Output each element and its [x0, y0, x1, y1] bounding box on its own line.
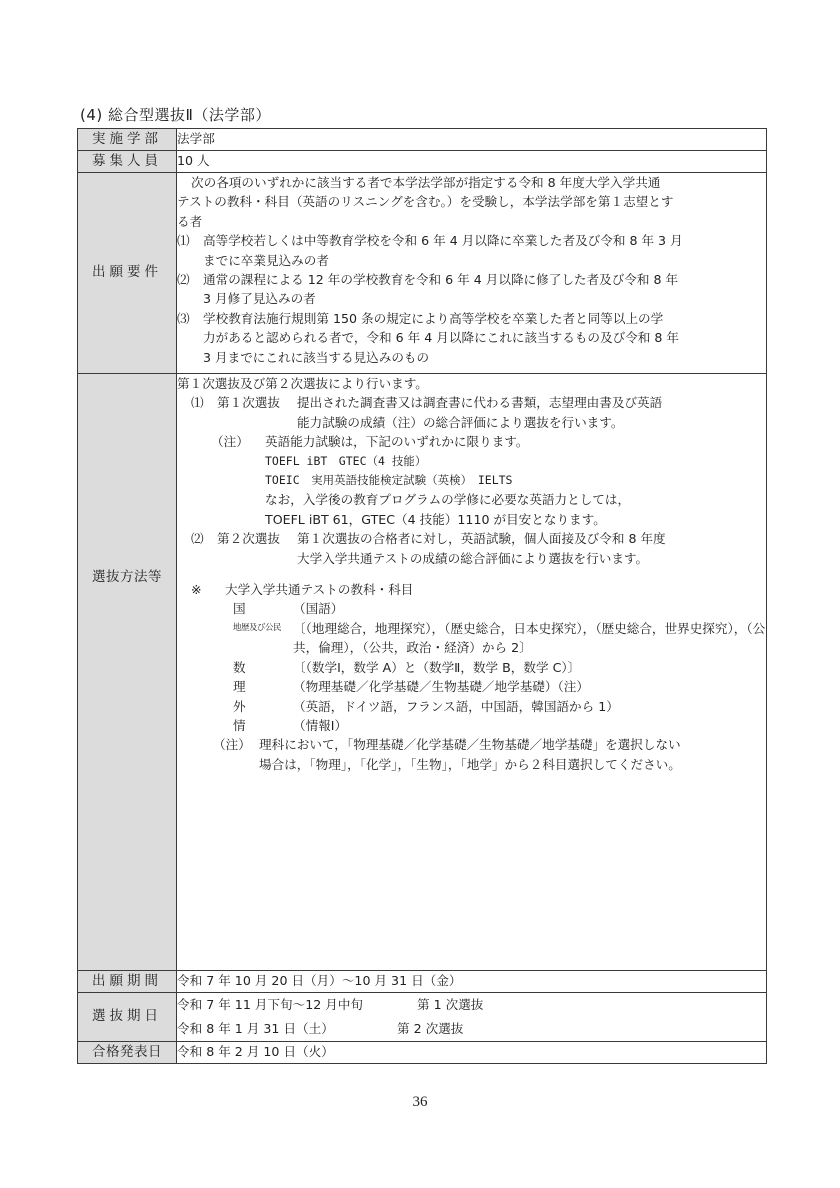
- subject-value: （英語，ドイツ語，フランス語，中国語，韓国語から 1）: [293, 697, 619, 716]
- common-test-title: 大学入学共通テストの教科・科目: [225, 580, 413, 599]
- first-selection-number: ⑴: [191, 393, 217, 432]
- subject-row: 国 （国語）: [177, 599, 766, 618]
- note-line: なお，入学後の教育プログラムの学修に必要な英語力としては，: [265, 490, 630, 509]
- note-mark: （注）: [213, 735, 259, 774]
- exam-dates-label: 選抜期日: [78, 993, 177, 1042]
- common-test-heading: ※ 大学入学共通テストの教科・科目: [177, 580, 766, 599]
- exam-date: 令和 7 年 11 月下旬～12 月中旬: [177, 993, 417, 1017]
- exam-stage: 第 2 次選抜: [397, 1017, 463, 1041]
- row-announcement: 合格発表日 令和 8 年 2 月 10 日（火）: [78, 1042, 767, 1064]
- period-value: 令和 7 年 10 月 20 日（月）～10 月 31 日（金）: [177, 971, 767, 993]
- faculty-value: 法学部: [177, 129, 767, 151]
- exam-dates-value: 令和 7 年 11 月下旬～12 月中旬 第 1 次選抜 令和 8 年 1 月 …: [177, 993, 767, 1042]
- note-mark: （注）: [211, 432, 265, 529]
- subject-key: 外: [177, 697, 293, 716]
- capacity-value: 10 人: [177, 151, 767, 173]
- subject-key: 数: [177, 658, 293, 677]
- requirement-line: 力があると認められる者で，令和 6 年 4 月以降にこれに該当するもの及び令和 …: [203, 328, 679, 347]
- requirement-line: 3 月修了見込みの者: [203, 289, 678, 308]
- faculty-label: 実施学部: [78, 129, 177, 151]
- requirement-number: ⑵: [177, 270, 203, 309]
- requirement-line: 3 月までにこれに該当する見込みのもの: [203, 348, 679, 367]
- note-line: 英語能力試験は，下記のいずれかに限ります。: [265, 432, 630, 451]
- first-selection-line: 提出された調査書又は調査書に代わる書類，志望理由書及び英語: [297, 393, 662, 412]
- page-number: 36: [0, 1094, 840, 1111]
- exam-date-line: 令和 7 年 11 月下旬～12 月中旬 第 1 次選抜: [177, 993, 766, 1017]
- requirement-line: 高等学校若しくは中等教育学校を令和 6 年 4 月以降に卒業した者及び令和 8 …: [203, 231, 683, 250]
- section-title: (4) 総合型選抜Ⅱ（法学部）: [80, 104, 271, 125]
- exam-date: 令和 8 年 1 月 31 日（土）: [177, 1017, 397, 1041]
- subject-value: 〔（地理総合，地理探究），（歴史総合，日本史探究），（歴史総合，世界史探究），（…: [293, 619, 766, 658]
- english-test-note: （注） 英語能力試験は，下記のいずれかに限ります。 TOEFL iBT GTEC…: [177, 432, 766, 529]
- second-selection-line: 大学入学共通テストの成績の総合評価により選抜を行います。: [297, 549, 666, 568]
- second-selection-line: 第１次選抜の合格者に対し，英語試験，個人面接及び令和 8 年度: [297, 529, 666, 548]
- first-selection-line: 能力試験の成績（注）の総合評価により選抜を行います。: [297, 413, 662, 432]
- requirement-item: ⑶ 学校教育法施行規則第 150 条の規定により高等学校を卒業した者と同等以上の…: [177, 309, 766, 367]
- english-tests-line: TOEIC 実用英語技能検定試験（英検） IELTS: [265, 471, 630, 490]
- subject-row: 地歴及び公民 〔（地理総合，地理探究），（歴史総合，日本史探究），（歴史総合，世…: [177, 619, 766, 658]
- selection-value: 第１次選抜及び第２次選抜により行います。 ⑴ 第１次選抜 提出された調査書又は調…: [177, 374, 767, 971]
- science-note-line: 場合は，「物理」，「化学」，「生物」，「地学」から２科目選択してください。: [259, 755, 681, 774]
- reference-mark-icon: ※: [191, 580, 225, 599]
- row-capacity: 募集人員 10 人: [78, 151, 767, 173]
- announcement-label: 合格発表日: [78, 1042, 177, 1064]
- selection-label: 選抜方法等: [78, 374, 177, 971]
- requirement-line: 通常の課程による 12 年の学校教育を令和 6 年 4 月以降に修了した者及び令…: [203, 270, 678, 289]
- exam-stage: 第 1 次選抜: [417, 993, 483, 1017]
- requirements-label: 出願要件: [78, 173, 177, 374]
- subject-row: 外 （英語，ドイツ語，フランス語，中国語，韓国語から 1）: [177, 697, 766, 716]
- row-application-period: 出願期間 令和 7 年 10 月 20 日（月）～10 月 31 日（金）: [78, 971, 767, 993]
- science-note: （注） 理科において，「物理基礎／化学基礎／生物基礎／地学基礎」を選択しない 場…: [177, 735, 766, 774]
- requirements-intro-line: テストの教科・科目（英語のリスニングを含む。）を受験し，本学法学部を第１志望とす: [177, 192, 766, 211]
- science-note-line: 理科において，「物理基礎／化学基礎／生物基礎／地学基礎」を選択しない: [259, 735, 681, 754]
- row-requirements: 出願要件 次の各項のいずれかに該当する者で本学法学部が指定する令和 8 年度大学…: [78, 173, 767, 374]
- requirement-item: ⑵ 通常の課程による 12 年の学校教育を令和 6 年 4 月以降に修了した者及…: [177, 270, 766, 309]
- subject-value: 〔（数学Ⅰ，数学 A）と（数学Ⅱ，数学 B，数学 C）〕: [293, 658, 580, 677]
- exam-date-line: 令和 8 年 1 月 31 日（土） 第 2 次選抜: [177, 1017, 766, 1041]
- first-selection: ⑴ 第１次選抜 提出された調査書又は調査書に代わる書類，志望理由書及び英語 能力…: [177, 393, 766, 432]
- subject-key: 国: [177, 599, 293, 618]
- row-exam-dates: 選抜期日 令和 7 年 11 月下旬～12 月中旬 第 1 次選抜 令和 8 年…: [78, 993, 767, 1042]
- subject-row: 数 〔（数学Ⅰ，数学 A）と（数学Ⅱ，数学 B，数学 C）〕: [177, 658, 766, 677]
- row-faculty: 実施学部 法学部: [78, 129, 767, 151]
- first-selection-name: 第１次選抜: [217, 393, 297, 432]
- subject-key: 地歴及び公民: [177, 619, 293, 658]
- subject-value: （情報Ⅰ）: [293, 716, 347, 735]
- selection-intro: 第１次選抜及び第２次選抜により行います。: [177, 374, 766, 393]
- requirement-number: ⑶: [177, 309, 203, 367]
- row-selection: 選抜方法等 第１次選抜及び第２次選抜により行います。 ⑴ 第１次選抜 提出された…: [78, 374, 767, 971]
- second-selection-name: 第２次選抜: [217, 529, 297, 568]
- requirements-intro-line: る者: [177, 212, 766, 231]
- announcement-value: 令和 8 年 2 月 10 日（火）: [177, 1042, 767, 1064]
- subject-row: 情 （情報Ⅰ）: [177, 716, 766, 735]
- requirement-line: 学校教育法施行規則第 150 条の規定により高等学校を卒業した者と同等以上の学: [203, 309, 679, 328]
- capacity-label: 募集人員: [78, 151, 177, 173]
- note-line: TOEFL iBT 61，GTEC（4 技能）1110 が目安となります。: [265, 510, 630, 529]
- subject-value: （国語）: [293, 599, 343, 618]
- period-label: 出願期間: [78, 971, 177, 993]
- subject-key: 情: [177, 716, 293, 735]
- requirement-number: ⑴: [177, 231, 203, 270]
- second-selection: ⑵ 第２次選抜 第１次選抜の合格者に対し，英語試験，個人面接及び令和 8 年度 …: [177, 529, 766, 568]
- requirements-intro-line: 次の各項のいずれかに該当する者で本学法学部が指定する令和 8 年度大学入学共通: [177, 173, 766, 192]
- subject-key: 理: [177, 677, 293, 696]
- second-selection-number: ⑵: [191, 529, 217, 568]
- english-tests-line: TOEFL iBT GTEC（4 技能）: [265, 452, 630, 471]
- subject-row: 理 （物理基礎／化学基礎／生物基礎／地学基礎）（注）: [177, 677, 766, 696]
- subject-value: （物理基礎／化学基礎／生物基礎／地学基礎）（注）: [293, 677, 589, 696]
- requirement-item: ⑴ 高等学校若しくは中等教育学校を令和 6 年 4 月以降に卒業した者及び令和 …: [177, 231, 766, 270]
- requirements-value: 次の各項のいずれかに該当する者で本学法学部が指定する令和 8 年度大学入学共通 …: [177, 173, 767, 374]
- admission-table: 実施学部 法学部 募集人員 10 人 出願要件 次の各項のいずれかに該当する者で…: [77, 128, 767, 1064]
- requirement-line: までに卒業見込みの者: [203, 251, 683, 270]
